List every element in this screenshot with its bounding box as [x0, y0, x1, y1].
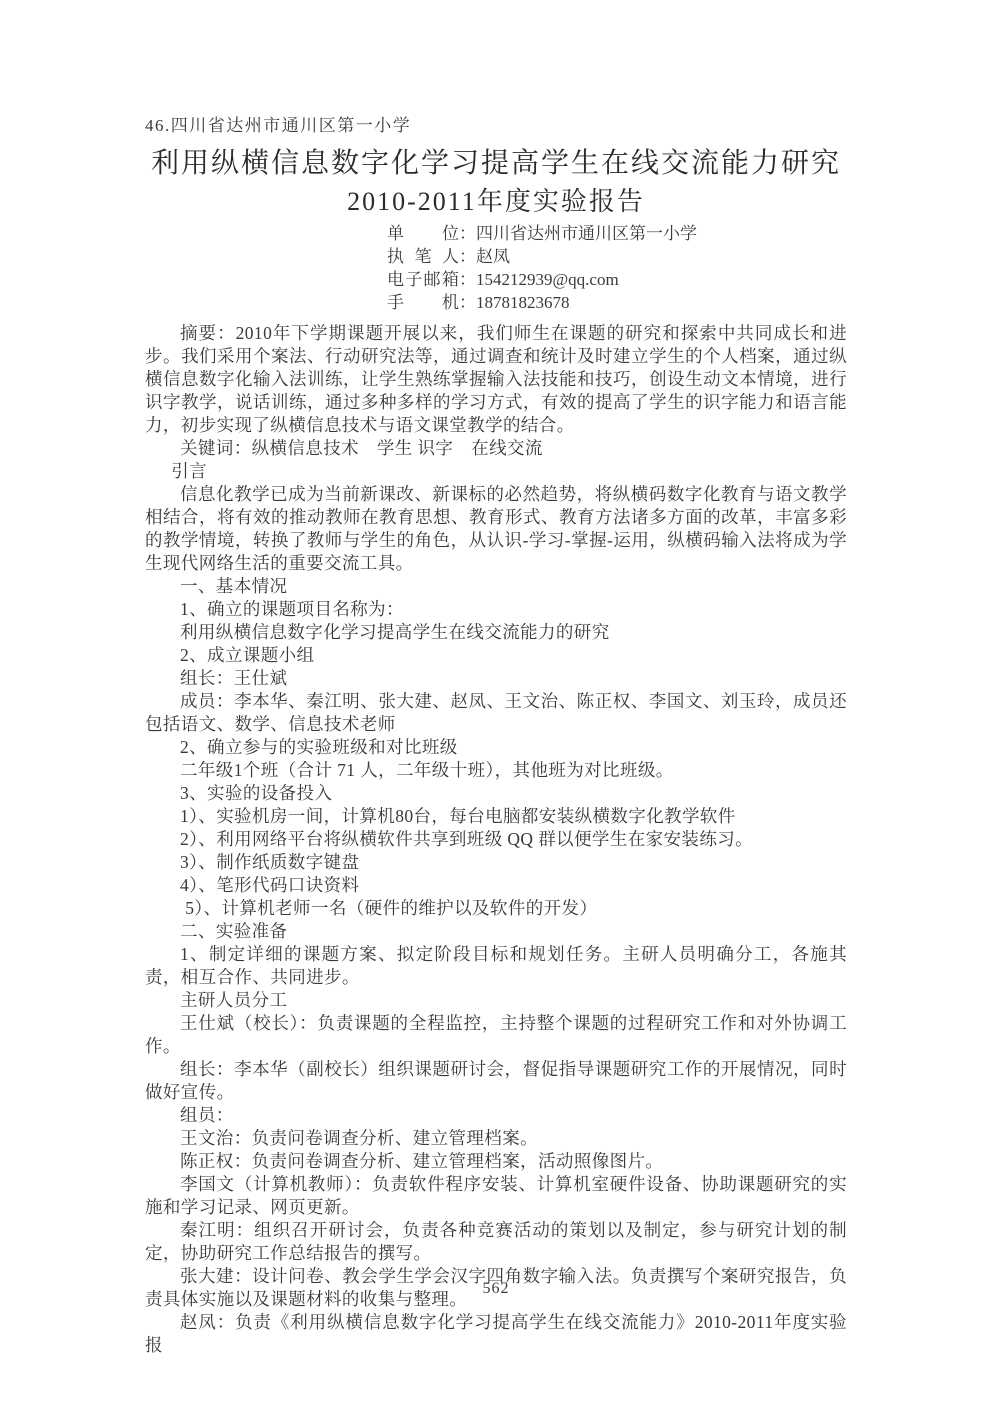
- paragraph-line: 1）、实验机房一间，计算机80台，每台电脑都安装纵横数字化教学软件: [145, 805, 847, 828]
- meta-row: 执笔人：赵凤: [387, 245, 847, 268]
- paragraph-line: 2、成立课题小组: [145, 644, 847, 667]
- paragraph-line: 2）、利用网络平台将纵横软件共享到班级 QQ 群以便学生在家安装练习。: [145, 828, 847, 851]
- paragraph-line: 成员：李本华、秦江明、张大建、赵凤、王文治、陈正权、李国文、刘玉玲，成员还包括语…: [145, 690, 847, 736]
- paragraph-line: 信息化教学已成为当前新课改、新课标的必然趋势，将纵横码数字化教育与语文教学相结合…: [145, 483, 847, 575]
- meta-label: 单位: [387, 222, 459, 245]
- document-subtitle: 2010-2011年度实验报告: [145, 186, 847, 218]
- paragraph-line: 二、实验准备: [145, 920, 847, 943]
- report-meta-block: 单位：四川省达州市通川区第一小学执笔人：赵凤电子邮箱：154212939@qq.…: [387, 222, 847, 314]
- document-body: 摘要：2010年下学期课题开展以来，我们师生在课题的研究和探索中共同成长和进步。…: [145, 322, 847, 1357]
- paragraph-line: 王文治：负责问卷调查分析、建立管理档案。: [145, 1127, 847, 1150]
- meta-row: 电子邮箱：154212939@qq.com: [387, 268, 847, 291]
- meta-colon: ：: [459, 247, 476, 266]
- paragraph-line: 王仕斌（校长）：负责课题的全程监控，主持整个课题的过程研究工作和对外协调工作。: [145, 1012, 847, 1058]
- paragraph-line: 组长：李本华（副校长）组织课题研讨会，督促指导课题研究工作的开展情况，同时做好宣…: [145, 1058, 847, 1104]
- paragraph-line: 组员：: [145, 1104, 847, 1127]
- paragraph-line: 5）、计算机老师一名（硬件的维护以及软件的开发）: [145, 897, 847, 920]
- paragraph-line: 陈正权：负责问卷调查分析、建立管理档案，活动照像图片。: [145, 1150, 847, 1173]
- paragraph-line: 二年级1个班（合计 71 人，二年级十班），其他班为对比班级。: [145, 759, 847, 782]
- paragraph-line: 1、制定详细的课题方案、拟定阶段目标和规划任务。主研人员明确分工，各施其责，相互…: [145, 943, 847, 989]
- meta-value: 154212939@qq.com: [476, 270, 619, 289]
- paragraph-line: 一、基本情况: [145, 575, 847, 598]
- paragraph-line: 主研人员分工: [145, 989, 847, 1012]
- meta-value: 18781823678: [476, 293, 570, 312]
- paragraph-line: 李国文（计算机教师）：负责软件程序安装、计算机室硬件设备、协助课题研究的实施和学…: [145, 1173, 847, 1219]
- meta-label: 电子邮箱: [387, 268, 459, 291]
- document-title: 利用纵横信息数字化学习提高学生在线交流能力研究: [145, 142, 847, 186]
- meta-colon: ：: [459, 293, 476, 312]
- paragraph-line: 1、确立的课题项目名称为：: [145, 598, 847, 621]
- paragraph-line: 3、实验的设备投入: [145, 782, 847, 805]
- paragraph-line: 赵凤：负责《利用纵横信息数字化学习提高学生在线交流能力》2010-2011年度实…: [145, 1311, 847, 1357]
- meta-value: 赵凤: [476, 247, 510, 266]
- document-page: 46.四川省达州市通川区第一小学 利用纵横信息数字化学习提高学生在线交流能力研究…: [0, 0, 992, 1403]
- paragraph-line: 4）、笔形代码口诀资料: [145, 874, 847, 897]
- meta-label: 执笔人: [387, 245, 459, 268]
- paragraph-line: 引言: [145, 460, 847, 483]
- meta-row: 单位：四川省达州市通川区第一小学: [387, 222, 847, 245]
- paragraph-line: 关键词：纵横信息技术 学生 识字 在线交流: [145, 437, 847, 460]
- paragraph-line: 2、确立参与的实验班级和对比班级: [145, 736, 847, 759]
- paragraph-line: 组长：王仕斌: [145, 667, 847, 690]
- meta-label: 手机: [387, 291, 459, 314]
- meta-colon: ：: [459, 270, 476, 289]
- meta-value: 四川省达州市通川区第一小学: [476, 224, 697, 243]
- paragraph-line: 3）、制作纸质数字键盘: [145, 851, 847, 874]
- page-number: 562: [0, 1280, 992, 1298]
- paragraph-line: 秦江明：组织召开研讨会，负责各种竞赛活动的策划以及制定，参与研究计划的制定，协助…: [145, 1219, 847, 1265]
- meta-colon: ：: [459, 224, 476, 243]
- paragraph-line: 摘要：2010年下学期课题开展以来，我们师生在课题的研究和探索中共同成长和进步。…: [145, 322, 847, 437]
- paragraph-line: 利用纵横信息数字化学习提高学生在线交流能力的研究: [145, 621, 847, 644]
- school-index-line: 46.四川省达州市通川区第一小学: [145, 114, 847, 138]
- meta-row: 手机：18781823678: [387, 291, 847, 314]
